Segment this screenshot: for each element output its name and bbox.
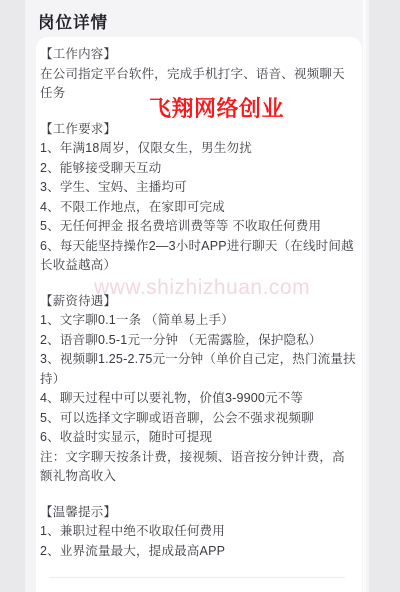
section-tips: 【温馨提示】 1、兼职过程中绝不收取任何费用 2、业界流量最大，提成最高APP xyxy=(40,503,357,562)
detail-line: 4、聊天过程中可以要礼物，价值3-9900元不等 xyxy=(40,389,357,409)
job-detail-screen: 岗位详情 【工作内容】 在公司指定平台软件，完成手机打字、语音、视频聊天任务 【… xyxy=(25,0,369,592)
section-heading: 【温馨提示】 xyxy=(40,503,357,523)
detail-line: 5、无任何押金 报名费培训费等等 不收取任何费用 xyxy=(40,217,357,237)
detail-line: 5、可以选择文字聊或语音聊，公会不强求视频聊 xyxy=(40,409,357,429)
section-salary: 【薪资待遇】 1、文字聊0.1一条 （简单易上手） 2、语音聊0.5-1元一分钟… xyxy=(40,292,357,487)
url-watermark-text: www.shizhizhuan.com xyxy=(94,276,310,300)
detail-line: 2、语音聊0.5-1元一分钟 （无需露脸，保护隐私） xyxy=(40,331,357,351)
screen-edge-strip xyxy=(363,0,366,592)
section-work-requirements: 【工作要求】 1、年满18周岁，仅限女生，男生勿扰 2、能够接受聊天互动 3、学… xyxy=(40,120,357,276)
detail-line: 4、不限工作地点，在家即可完成 xyxy=(40,198,357,218)
detail-line: 1、文字聊0.1一条 （简单易上手） xyxy=(40,311,357,331)
detail-line: 2、业界流量最大，提成最高APP xyxy=(40,542,357,562)
page-title: 岗位详情 xyxy=(38,9,108,33)
bottom-divider xyxy=(49,577,345,578)
detail-line: 6、收益时实显示，随时可提现 xyxy=(40,428,357,448)
detail-line: 3、视频聊1.25-2.75元一分钟（单价自己定，热门流量扶持） xyxy=(40,350,357,389)
detail-line: 注：文字聊天按条计费，接视频、语音按分钟计费，高额礼物高收入 xyxy=(40,448,357,487)
brand-watermark-text: 飞翔网络创业 xyxy=(149,92,284,123)
section-heading: 【工作内容】 xyxy=(40,45,357,65)
detail-line: 1、兼职过程中绝不收取任何费用 xyxy=(40,522,357,542)
detail-line: 6、每天能坚持操作2—3小时APP进行聊天（在线时间越长收益越高） xyxy=(40,237,357,276)
detail-line: 1、年满18周岁，仅限女生，男生勿扰 xyxy=(40,139,357,159)
detail-line: 2、能够接受聊天互动 xyxy=(40,159,357,179)
detail-line: 3、学生、宝妈、主播均可 xyxy=(40,178,357,198)
